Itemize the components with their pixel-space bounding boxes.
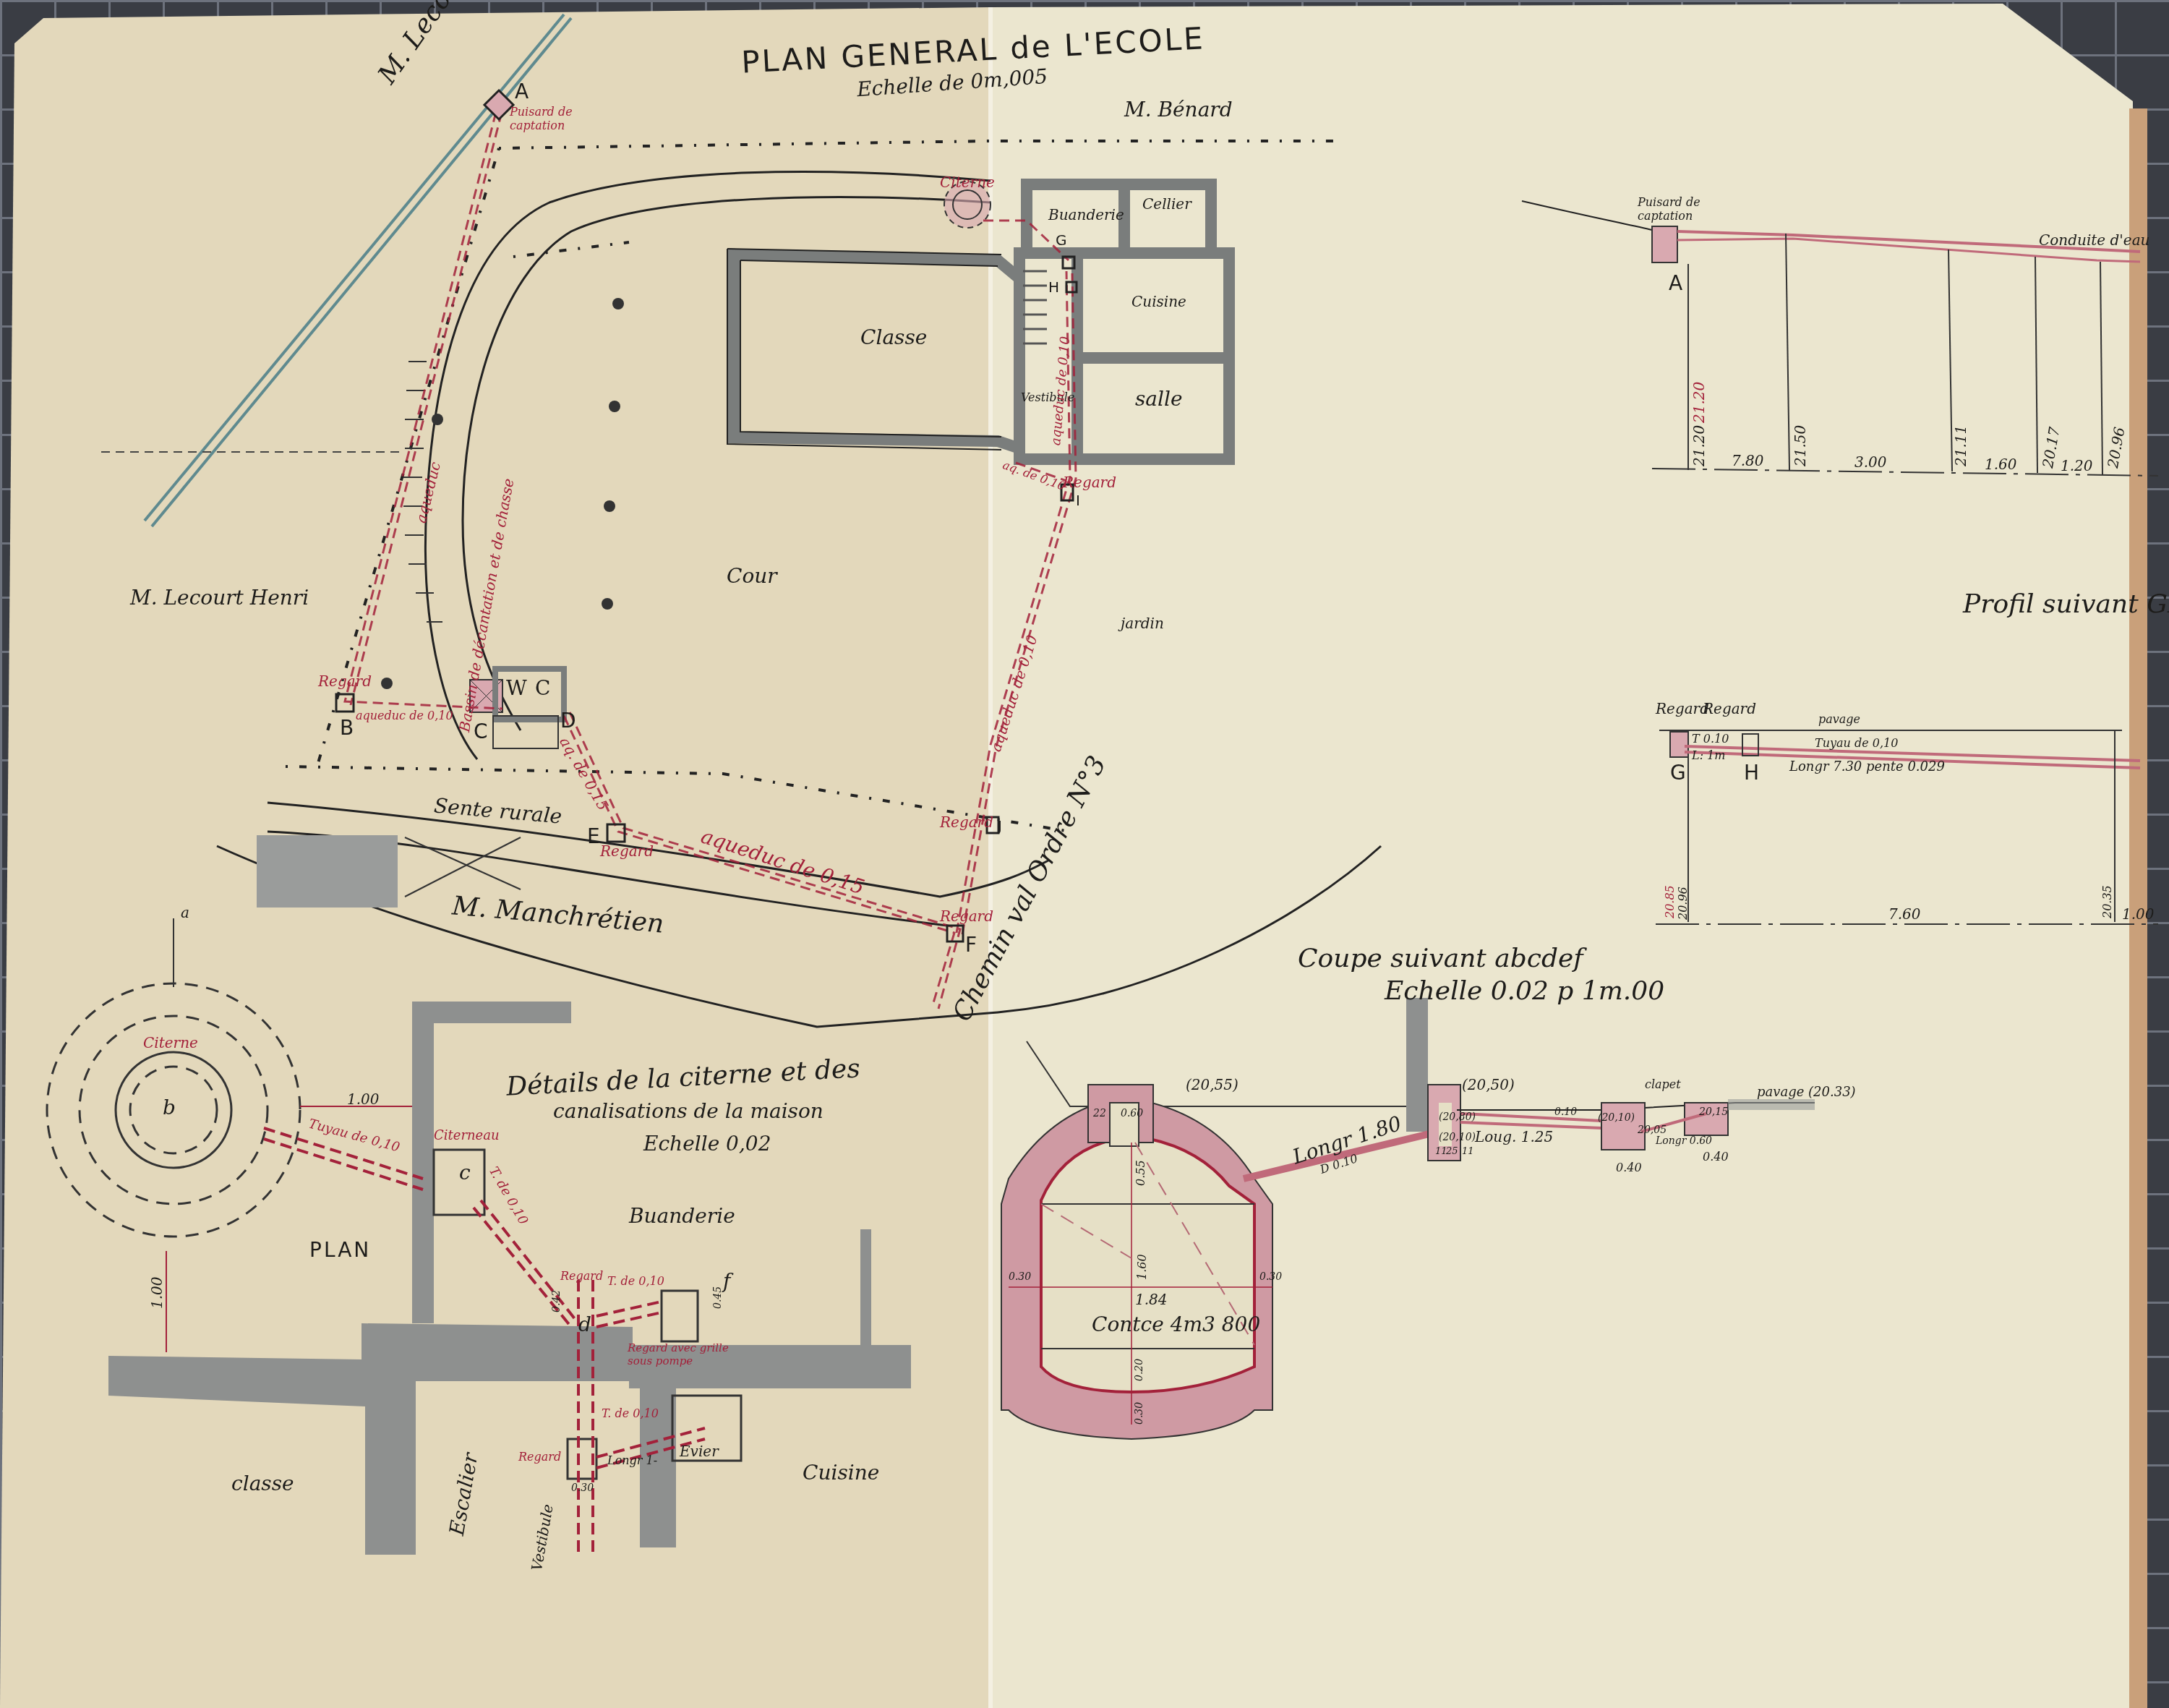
- profile-gh-point-g: G: [1670, 761, 1688, 785]
- section-pipe-3: Longr 0.60: [1656, 1135, 1712, 1147]
- section-scale: Echelle 0.02 p 1m.00: [1385, 976, 1664, 1006]
- drawing-sheet: [0, 0, 2169, 1708]
- detail-regard-grille: Regard avec grille sous pompe: [628, 1341, 743, 1367]
- detail-scale: Echelle 0,02: [643, 1132, 771, 1156]
- profile-a-dist-3: 1.20: [2061, 457, 2093, 474]
- section-level-2005: 20,05: [1638, 1124, 1667, 1136]
- detail-regard-2: Regard: [518, 1450, 561, 1464]
- profile-gh-regard-h: Regard: [1703, 700, 1756, 717]
- profile-gh-pipe: Tuyau de 0,10: [1815, 736, 1898, 750]
- profile-gh-elev-1: 20.35: [2100, 885, 2114, 918]
- profile-a-elev-2: 21.11: [1952, 425, 1969, 466]
- detail-point-a: a: [181, 904, 189, 921]
- neighbor-lecourt-henri: M. Lecourt Henri: [130, 586, 309, 610]
- garden-label: jardin: [1121, 615, 1164, 632]
- detail-dim-d1: 0.42: [551, 1290, 562, 1312]
- section-level-pipe-in: (20,80): [1439, 1111, 1476, 1123]
- detail-point-b: b: [163, 1096, 176, 1119]
- manhole-label-j: Regard: [940, 814, 993, 831]
- section-cistern-capacity: Contce 4m3 800: [1092, 1312, 1260, 1336]
- manhole-label-i: Regard: [1063, 474, 1116, 491]
- section-cistern-height: 1.60: [1135, 1254, 1149, 1280]
- manhole-label-e: Regard: [600, 842, 654, 860]
- detail-room-class: classe: [231, 1472, 294, 1495]
- section-level-paving: pavage (20.33): [1757, 1085, 1856, 1100]
- room-classe: Classe: [860, 325, 927, 349]
- section-pipe-2-dia: 0.10: [1554, 1106, 1577, 1118]
- point-i: I: [1076, 492, 1082, 509]
- detail-pipe-3: T. de 0,10: [607, 1274, 664, 1288]
- profile-a-dist-2: 1.60: [1985, 456, 2017, 473]
- section-level-pipe-out: (20,10): [1439, 1132, 1476, 1143]
- detail-dim-width: 0.30: [571, 1482, 594, 1494]
- point-f: F: [965, 933, 979, 957]
- section-cistern-wall-r: 0.30: [1259, 1271, 1282, 1283]
- point-j: J: [998, 817, 1004, 834]
- manhole-label-f: Regard: [940, 908, 993, 925]
- section-cistern-neck: 0.60: [1121, 1108, 1143, 1119]
- room-buanderie: Buanderie: [1048, 206, 1124, 223]
- manhole-label-b: Regard: [318, 672, 372, 690]
- detail-room-kitchen: Cuisine: [803, 1461, 879, 1485]
- neighbor-building: [257, 835, 398, 908]
- point-d: D: [560, 709, 578, 733]
- detail-cistern-label: Citerne: [143, 1034, 198, 1051]
- section-cistern-wall-top: 22: [1093, 1108, 1106, 1119]
- profile-a-red-elev: 21.20: [1690, 382, 1708, 423]
- profile-a-elev-0: 21.20: [1690, 425, 1708, 466]
- section-title: Coupe suivant abcdef: [1298, 944, 1583, 973]
- detail-length: Longr 1-: [607, 1453, 657, 1467]
- profile-gh-title: Profil suivant GH: [1963, 589, 2169, 619]
- profile-gh-t: T 0.10: [1692, 732, 1729, 746]
- detail-dim-offset: 1.00: [347, 1090, 380, 1108]
- paper-right-page: [991, 4, 2140, 1708]
- profile-gh-regard-g: Regard: [1656, 700, 1709, 717]
- profile-gh-dist-1: 1.00: [2122, 905, 2155, 923]
- point-a: A: [515, 80, 531, 103]
- section-cistern-floor: 0.20: [1134, 1359, 1145, 1381]
- room-salle: salle: [1135, 387, 1183, 411]
- point-b: B: [340, 716, 356, 740]
- catchment-label: Puisard de captation: [510, 105, 575, 132]
- point-h: H: [1048, 278, 1061, 296]
- detail-small-cistern: Citerneau: [434, 1128, 500, 1143]
- profile-gh-red-elev: 20.85: [1663, 885, 1677, 918]
- courtyard-label: Cour: [727, 564, 777, 588]
- neighbor-benard: M. Bénard: [1124, 98, 1233, 121]
- section-pipe-2: Loug. 1.25: [1475, 1128, 1553, 1145]
- cistern-site-label: Citerne: [940, 174, 995, 191]
- pipe-label-bc: aqueduc de 0,10: [356, 709, 453, 722]
- wc-c: C: [535, 676, 550, 700]
- detail-plan-label: PLAN: [309, 1238, 371, 1262]
- profile-a-catchment: Puisard de captation: [1638, 195, 1703, 223]
- section-dim-w2: 0.40: [1703, 1150, 1729, 1163]
- detail-point-f: f: [723, 1269, 730, 1293]
- profile-gh-paving: pavage: [1818, 712, 1860, 726]
- section-cistern-base: 0.30: [1134, 1402, 1145, 1425]
- detail-point-d: d: [578, 1312, 591, 1336]
- profile-a-pipe: Conduite d'eau: [2039, 231, 2149, 249]
- section-level-cistern-top: (20,55): [1186, 1076, 1238, 1093]
- profile-a-point: A: [1669, 271, 1685, 295]
- room-cuisine: Cuisine: [1131, 293, 1186, 310]
- section-cistern-wall: 0.30: [1009, 1271, 1031, 1283]
- section-level-citerneau-top: (20,50): [1462, 1076, 1515, 1093]
- detail-title-line2: canalisations de la maison: [553, 1099, 823, 1123]
- profile-gh-point-h: H: [1744, 761, 1761, 785]
- point-g: G: [1056, 231, 1069, 249]
- section-dim-b: 25: [1446, 1146, 1458, 1157]
- detail-regard: Regard: [560, 1269, 603, 1283]
- section-level-2015: 20,15: [1699, 1106, 1728, 1118]
- detail-pipe-4: T. de 0,10: [602, 1406, 659, 1420]
- section-dim-c: 11: [1462, 1146, 1474, 1157]
- section-cistern-dome: 0.55: [1134, 1160, 1147, 1186]
- profile-a-dist-0: 7.80: [1732, 452, 1764, 469]
- profile-a-elev-1: 21.50: [1792, 425, 1809, 466]
- detail-sink: Evier: [680, 1443, 719, 1460]
- detail-room-laundry: Buanderie: [629, 1204, 735, 1228]
- point-c: C: [474, 720, 490, 743]
- detail-dim-d2: 0.45: [712, 1286, 724, 1309]
- profile-gh-l: L: 1m: [1692, 748, 1725, 762]
- profile-a-dist-1: 3.00: [1854, 453, 1887, 471]
- section-cistern-width: 1.84: [1135, 1291, 1168, 1308]
- detail-point-c: c: [459, 1161, 471, 1184]
- profile-gh-dist-0: 7.60: [1888, 905, 1921, 923]
- wc-w: W: [506, 676, 527, 700]
- room-cellier: Cellier: [1142, 195, 1192, 213]
- profile-gh-elev-0: 20.96: [1676, 887, 1690, 920]
- section-dim-w1: 0.40: [1616, 1161, 1642, 1174]
- section-level-clapet: (20,10): [1598, 1112, 1635, 1124]
- section-clapet: clapet: [1645, 1077, 1681, 1091]
- detail-dim-vertical: 1.00: [148, 1276, 166, 1309]
- profile-gh-length-slope: Longr 7.30 pente 0.029: [1789, 759, 1945, 774]
